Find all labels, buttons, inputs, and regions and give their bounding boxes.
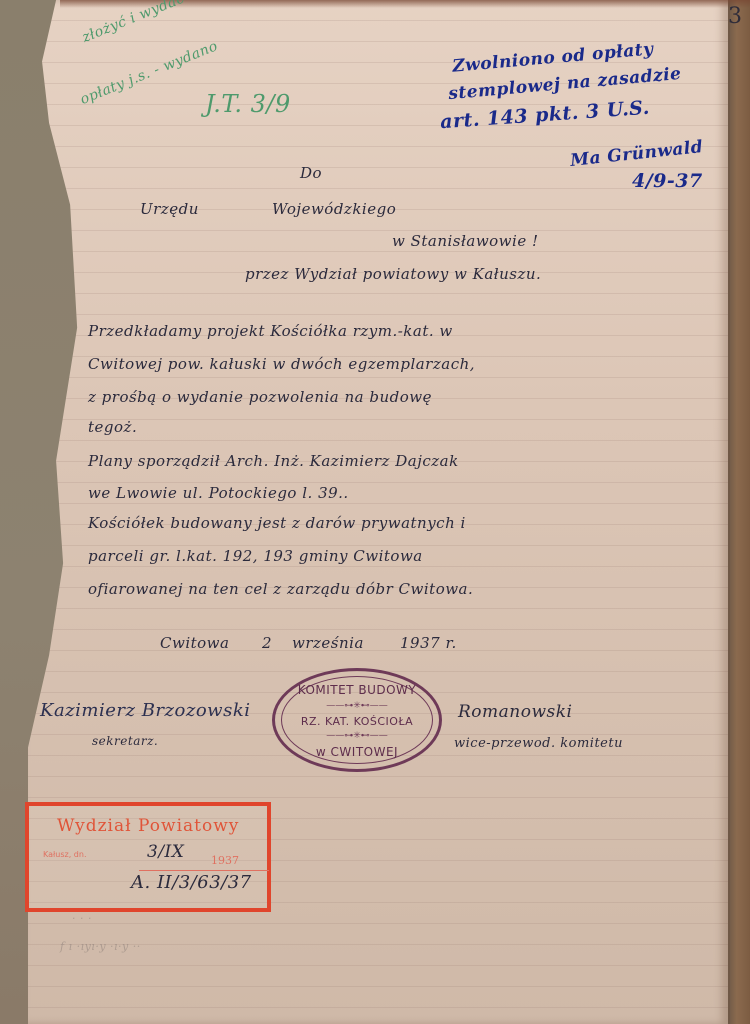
faint-mark-1: · · ·	[72, 912, 92, 925]
signature-left-name: Kazimierz Brzozowski	[40, 700, 251, 721]
body-line: Cwitowej pow. kałuski w dwóch egzemplarz…	[88, 355, 475, 373]
registry-stamp-title: Wydział Powiatowy	[57, 816, 239, 836]
stamp-middle-text: RZ. KAT. KOŚCIOŁA	[275, 715, 439, 728]
address-line3: przez Wydział powiatowy w Kałuszu.	[245, 265, 541, 283]
signature-left-role: sekretarz.	[92, 734, 158, 748]
signature-right-role: wice-przewod. komitetu	[454, 736, 623, 751]
registry-stamp-year: 1937	[211, 854, 239, 867]
dateline-day: 2	[262, 634, 272, 652]
dateline-year: 1937 r.	[400, 634, 457, 652]
stamp-bottom-text: w CWITOWEJ	[275, 745, 439, 759]
dateline-month: września	[292, 634, 364, 652]
faint-mark-2: f ı ·ıyı·y ·ı·y ··	[60, 940, 141, 953]
registry-stamp-label: Kałusz, dn.	[43, 850, 87, 859]
stamp-ornament-icon: ——⊶✳⊷——	[326, 701, 388, 711]
registry-stamp-rule	[139, 870, 269, 871]
address-line1-b: Wojewódzkiego	[272, 200, 396, 218]
body-line: parceli gr. l.kat. 192, 193 gminy Cwitow…	[88, 547, 423, 565]
body-line: Kościółek budowany jest z darów prywatny…	[88, 514, 466, 532]
dateline-place: Cwitowa	[160, 634, 229, 652]
address-line2: w Stanisławowie !	[392, 232, 539, 250]
committee-oval-stamp: KOMITET BUDOWY ——⊶✳⊷—— RZ. KAT. KOŚCIOŁA…	[272, 668, 442, 772]
body-line: Plany sporządził Arch. Inż. Kazimierz Da…	[88, 452, 459, 470]
binding-edge	[728, 0, 750, 1024]
body-line: Przedkładamy projekt Kościółka rzym.-kat…	[88, 322, 453, 340]
page-number: 3	[728, 4, 742, 29]
body-line: tegoż.	[88, 418, 137, 436]
registry-stamp-date: 3/IX	[147, 842, 184, 862]
body-line: ofiarowanej na ten cel z zarządu dóbr Cw…	[88, 580, 473, 598]
signature-right-name: Romanowski	[458, 702, 573, 722]
body-line: z prośbą o wydanie pozwolenia na budowę	[88, 388, 432, 406]
body-line: we Lwowie ul. Potockiego l. 39..	[88, 484, 349, 502]
registry-stamp-reference: A. II/3/63/37	[131, 872, 252, 893]
stamp-top-text: KOMITET BUDOWY	[275, 683, 439, 697]
address-line1-a: Urzędu	[140, 200, 199, 218]
address-to: Do	[300, 164, 322, 182]
blue-note-date: 4/9-37	[632, 170, 703, 192]
registry-stamp: Wydział Powiatowy Kałusz, dn. 3/IX 1937 …	[25, 802, 271, 912]
stamp-ornament-icon: ——⊶✳⊷——	[326, 731, 388, 741]
green-note-initials: J.T. 3/9	[205, 90, 291, 118]
